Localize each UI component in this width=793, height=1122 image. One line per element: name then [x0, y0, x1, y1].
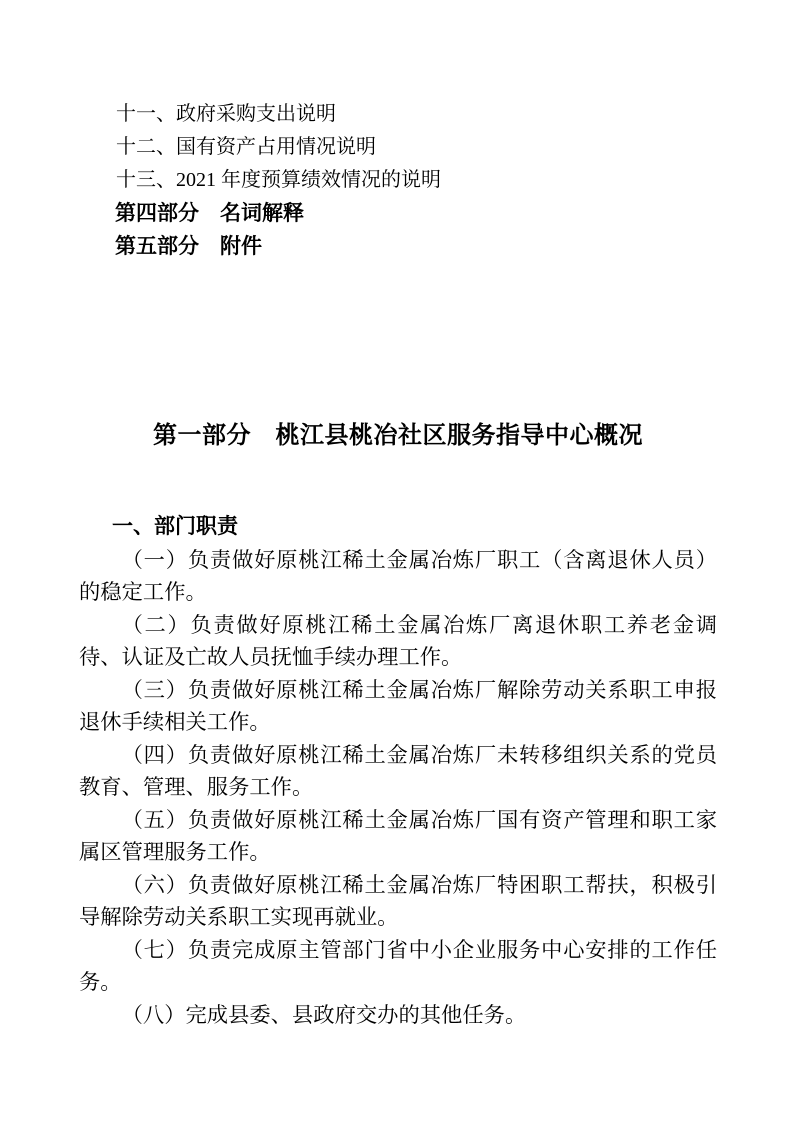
toc-part-heading: 第四部分 名词解释 [79, 197, 717, 230]
toc-part-heading: 第五部分 附件 [79, 230, 717, 263]
duty-paragraph: （六）负责做好原桃江稀土金属冶炼厂特困职工帮扶，积极引导解除劳动关系职工实现再就… [79, 869, 717, 934]
duties-heading: 一、部门职责 [79, 511, 717, 544]
duty-paragraph: （三）负责做好原桃江稀土金属冶炼厂解除劳动关系职工申报退休手续相关工作。 [79, 674, 717, 739]
duty-paragraph: （四）负责做好原桃江稀土金属冶炼厂未转移组织关系的党员教育、管理、服务工作。 [79, 739, 717, 804]
duty-paragraph: （一）负责做好原桃江稀土金属冶炼厂职工（含离退休人员）的稳定工作。 [79, 544, 717, 609]
section-title: 第一部分 桃江县桃冶社区服务指导中心概况 [79, 418, 717, 454]
duty-paragraph: （七）负责完成原主管部门省中小企业服务中心安排的工作任务。 [79, 934, 717, 999]
duties-paragraph-list: （一）负责做好原桃江稀土金属冶炼厂职工（含离退休人员）的稳定工作。（二）负责做好… [79, 544, 717, 1032]
document-page: 十一、政府采购支出说明十二、国有资产占用情况说明十三、2021 年度预算绩效情况… [0, 0, 793, 1122]
toc-item-list: 十一、政府采购支出说明十二、国有资产占用情况说明十三、2021 年度预算绩效情况… [79, 98, 717, 197]
toc-part-list: 第四部分 名词解释第五部分 附件 [79, 197, 717, 263]
duty-paragraph: （二）负责做好原桃江稀土金属冶炼厂离退休职工养老金调待、认证及亡故人员抚恤手续办… [79, 609, 717, 674]
toc-item: 十三、2021 年度预算绩效情况的说明 [79, 164, 717, 197]
table-of-contents: 十一、政府采购支出说明十二、国有资产占用情况说明十三、2021 年度预算绩效情况… [79, 98, 717, 263]
toc-item: 十一、政府采购支出说明 [79, 98, 717, 131]
duty-paragraph: （八）完成县委、县政府交办的其他任务。 [79, 999, 717, 1032]
toc-item: 十二、国有资产占用情况说明 [79, 131, 717, 164]
duty-paragraph: （五）负责做好原桃江稀土金属冶炼厂国有资产管理和职工家属区管理服务工作。 [79, 804, 717, 869]
page-content: 十一、政府采购支出说明十二、国有资产占用情况说明十三、2021 年度预算绩效情况… [0, 98, 793, 1031]
